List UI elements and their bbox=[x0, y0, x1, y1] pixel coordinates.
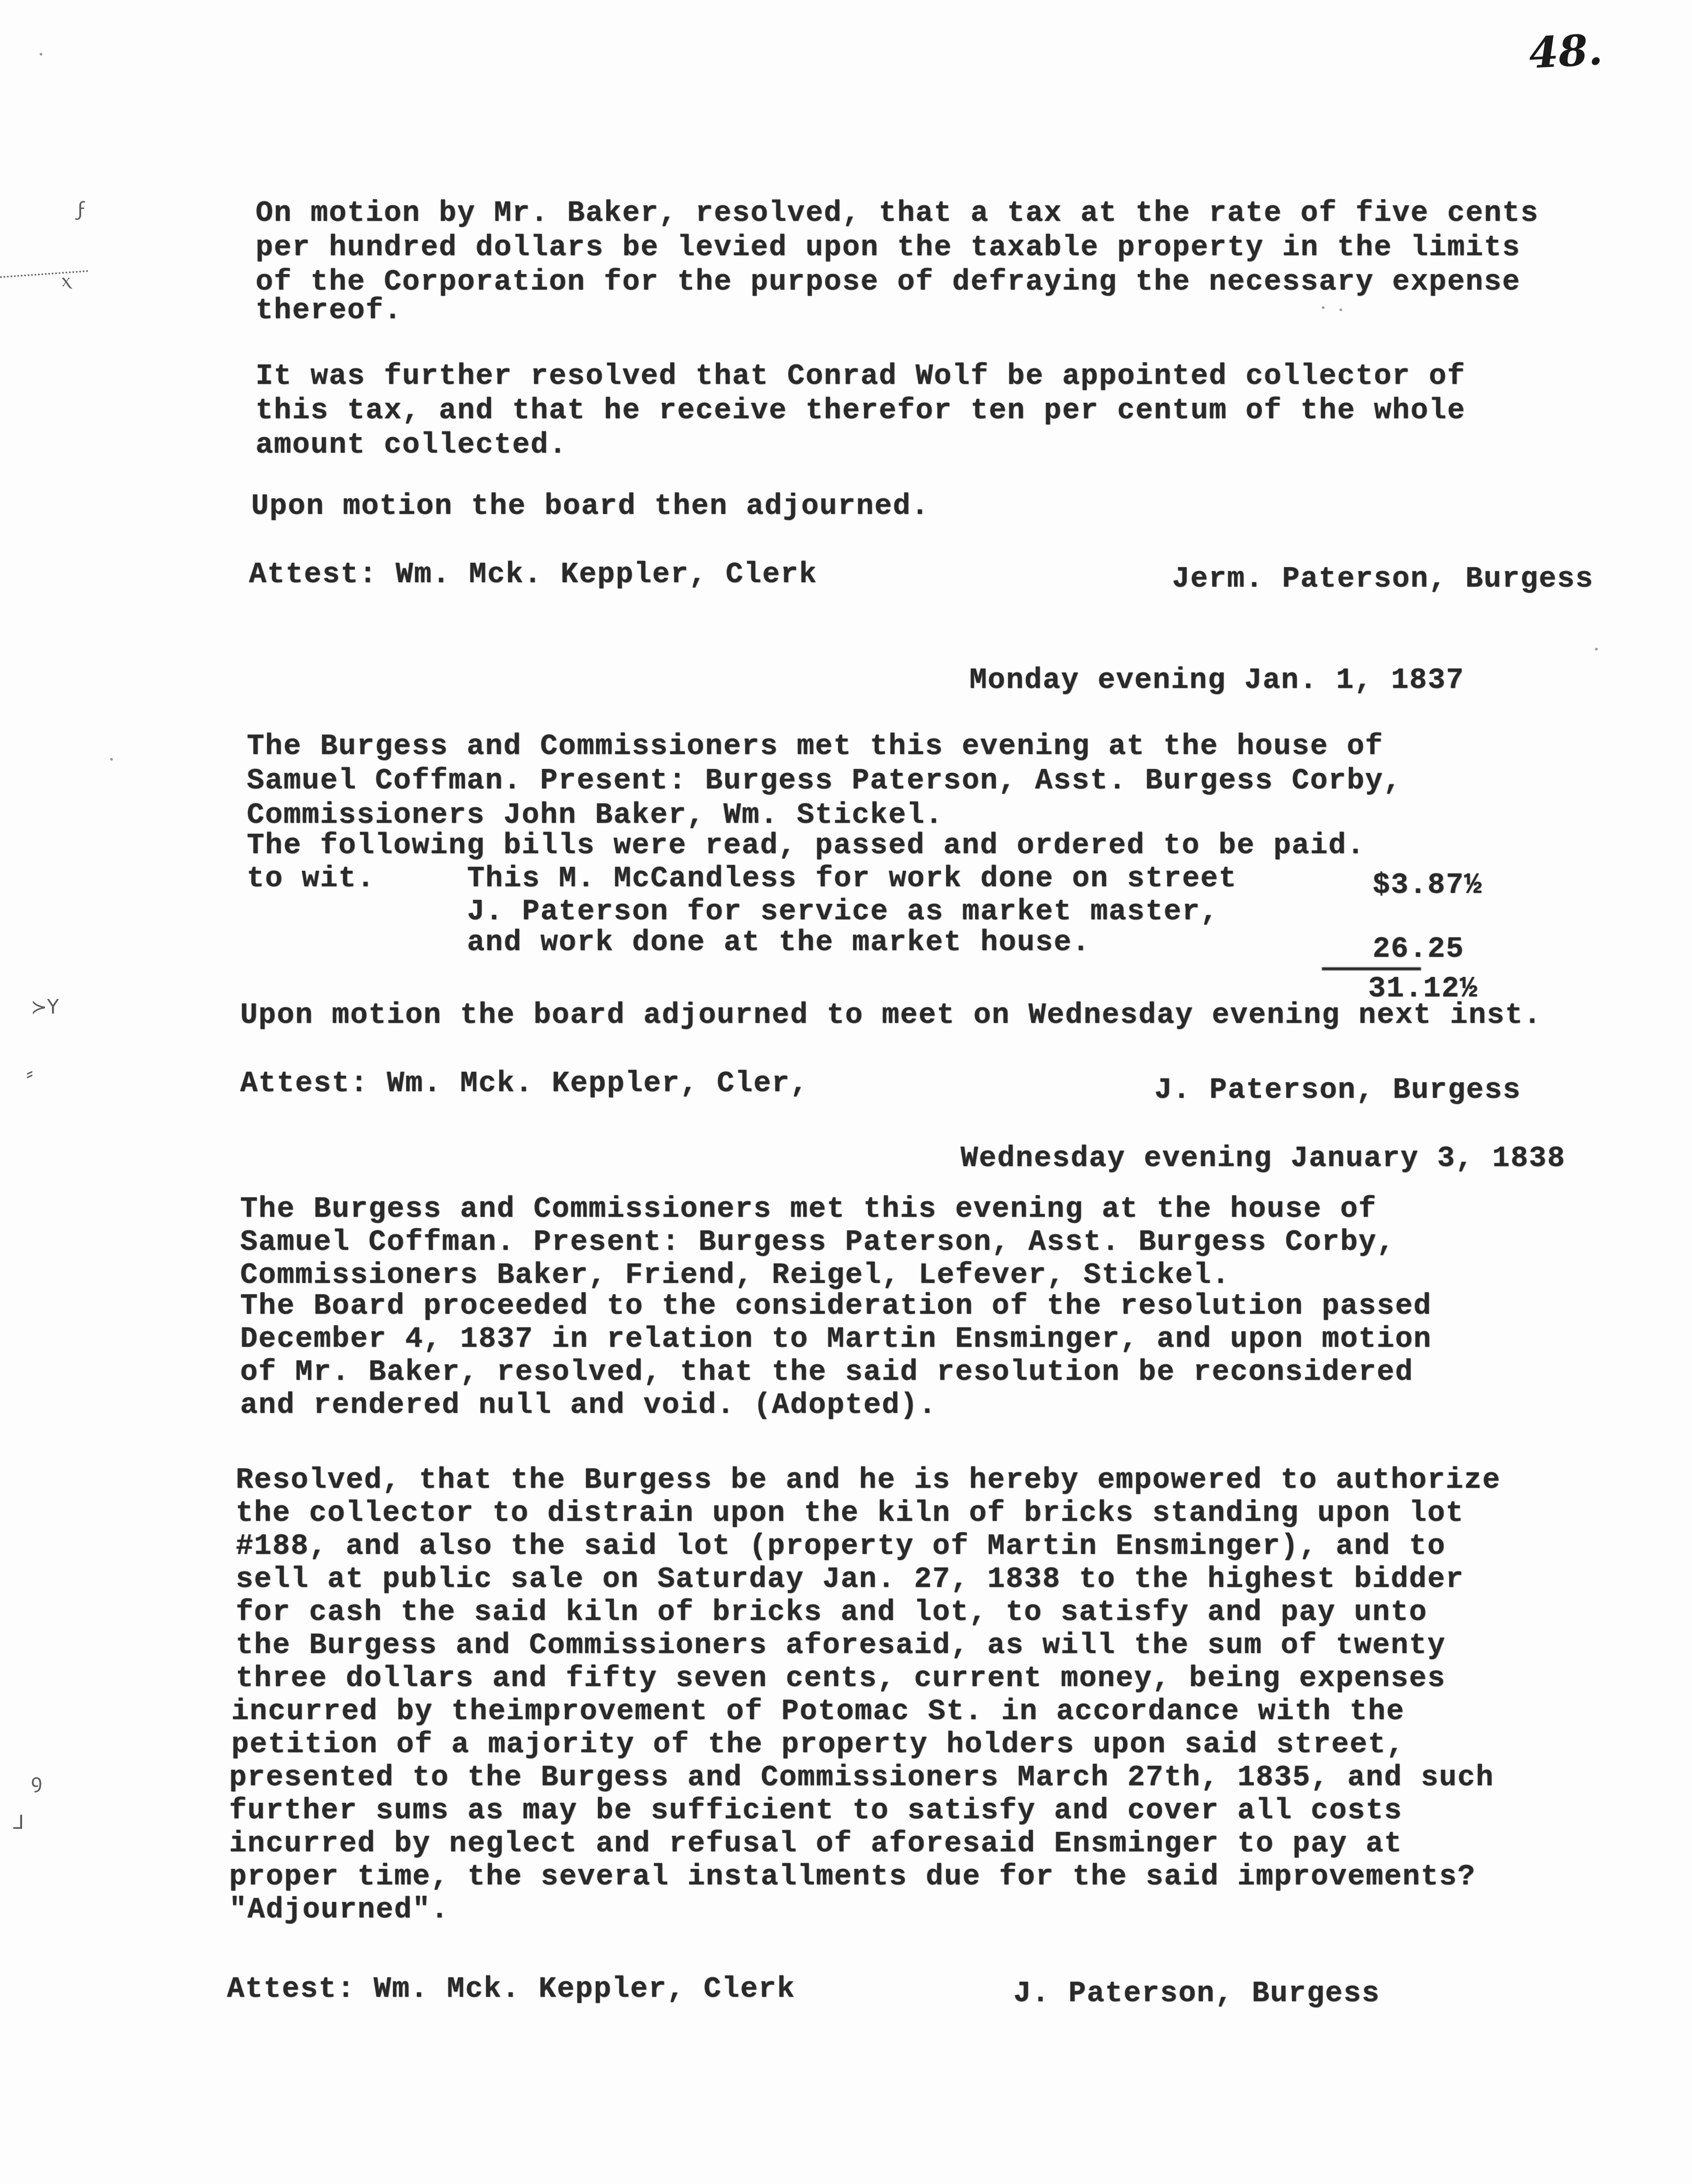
scan-speck bbox=[1339, 308, 1342, 311]
text-line: the Burgess and Commissioners aforesaid,… bbox=[236, 1628, 1446, 1663]
text-line: per hundred dollars be levied upon the t… bbox=[256, 230, 1521, 265]
bill-description: This M. McCandless for work done on stre… bbox=[467, 862, 1237, 896]
margin-scribble-icon: ≻Y bbox=[31, 996, 59, 1018]
text-line: petition of a majority of the property h… bbox=[231, 1727, 1405, 1762]
text-line: "Adjourned". bbox=[229, 1893, 449, 1927]
text-line: of the Corporation for the purpose of de… bbox=[256, 265, 1521, 299]
adjournment-2: Upon motion the board adjourned to meet … bbox=[240, 998, 1542, 1033]
bills-intro: to wit. bbox=[247, 862, 375, 896]
text-line: incurred by neglect and refusal of afore… bbox=[229, 1827, 1403, 1861]
bill-amount: 26.25 bbox=[1373, 932, 1464, 966]
text-line: The following bills were read, passed an… bbox=[247, 828, 1365, 863]
bill-amount: $3.87½ bbox=[1373, 868, 1483, 903]
text-line: The Burgess and Commissioners met this e… bbox=[240, 1192, 1377, 1226]
text-line: thereof. bbox=[256, 293, 402, 328]
clerk-signature: Attest: Wm. Mck. Keppler, Clerk bbox=[249, 557, 817, 592]
margin-scribble-icon bbox=[0, 270, 88, 278]
clerk-signature: Attest: Wm. Mck. Keppler, Clerk bbox=[227, 1972, 795, 2006]
meeting-date-2: Wednesday evening January 3, 1838 bbox=[961, 1141, 1566, 1176]
text-line: sell at public sale on Saturday Jan. 27,… bbox=[236, 1562, 1464, 1597]
margin-scribble-icon: ⲭ bbox=[62, 269, 70, 291]
text-line: December 4, 1837 in relation to Martin E… bbox=[240, 1322, 1432, 1356]
text-line: for cash the said kiln of bricks and lot… bbox=[236, 1595, 1427, 1630]
adjournment-1: Upon motion the board then adjourned. bbox=[251, 489, 929, 524]
scan-speck bbox=[40, 53, 42, 56]
burgess-signature: J. Paterson, Burgess bbox=[1013, 1976, 1380, 2011]
text-line: Commissioners John Baker, Wm. Stickel. bbox=[247, 798, 943, 832]
text-line: further sums as may be sufficient to sat… bbox=[229, 1794, 1403, 1828]
text-line: of Mr. Baker, resolved, that the said re… bbox=[240, 1355, 1414, 1389]
burgess-signature: J. Paterson, Burgess bbox=[1154, 1073, 1521, 1107]
clerk-signature: Attest: Wm. Mck. Keppler, Cler, bbox=[240, 1066, 809, 1101]
sum-rule bbox=[1322, 967, 1421, 970]
text-line: amount collected. bbox=[256, 428, 567, 462]
text-line: presented to the Burgess and Commissione… bbox=[229, 1761, 1494, 1795]
bill-description: and work done at the market house. bbox=[467, 925, 1091, 960]
margin-scribble-icon: ⸗ bbox=[26, 1062, 33, 1085]
text-line: Samuel Coffman. Present: Burgess Paterso… bbox=[247, 764, 1402, 798]
text-line: It was further resolved that Conrad Wolf… bbox=[256, 359, 1466, 394]
text-line: three dollars and fifty seven cents, cur… bbox=[236, 1661, 1446, 1696]
text-line: On motion by Mr. Baker, resolved, that a… bbox=[256, 196, 1539, 230]
text-line: this tax, and that he receive therefor t… bbox=[256, 394, 1466, 428]
text-line: Resolved, that the Burgess be and he is … bbox=[236, 1463, 1501, 1497]
scan-speck bbox=[1595, 648, 1598, 650]
margin-scribble-icon: ꝯ bbox=[31, 1767, 42, 1794]
margin-scribble-icon: ϝ bbox=[77, 198, 86, 221]
burgess-signature: Jerm. Paterson, Burgess bbox=[1172, 562, 1594, 596]
meeting-date-1: Monday evening Jan. 1, 1837 bbox=[969, 663, 1464, 698]
text-line: The Board proceeded to the consideration… bbox=[240, 1289, 1432, 1323]
page-number: 48. bbox=[1528, 25, 1604, 78]
text-line: the collector to distrain upon the kiln … bbox=[236, 1496, 1464, 1530]
text-line: and rendered null and void. (Adopted). bbox=[240, 1388, 937, 1423]
scan-speck bbox=[1322, 306, 1325, 309]
scanned-page: 48. On motion by Mr. Baker, resolved, th… bbox=[0, 0, 1692, 2184]
text-line: #188, and also the said lot (property of… bbox=[236, 1529, 1446, 1564]
text-line: proper time, the several installments du… bbox=[229, 1860, 1476, 1894]
scan-speck bbox=[110, 758, 113, 761]
bill-description: J. Paterson for service as market master… bbox=[467, 895, 1219, 929]
text-line: Commissioners Baker, Friend, Reigel, Lef… bbox=[240, 1258, 1230, 1293]
text-line: Samuel Coffman. Present: Burgess Paterso… bbox=[240, 1225, 1395, 1259]
text-line: The Burgess and Commissioners met this e… bbox=[247, 729, 1384, 764]
margin-scribble-icon: ⅃ bbox=[13, 1811, 24, 1834]
text-line: incurred by theimprovement of Potomac St… bbox=[231, 1694, 1405, 1729]
